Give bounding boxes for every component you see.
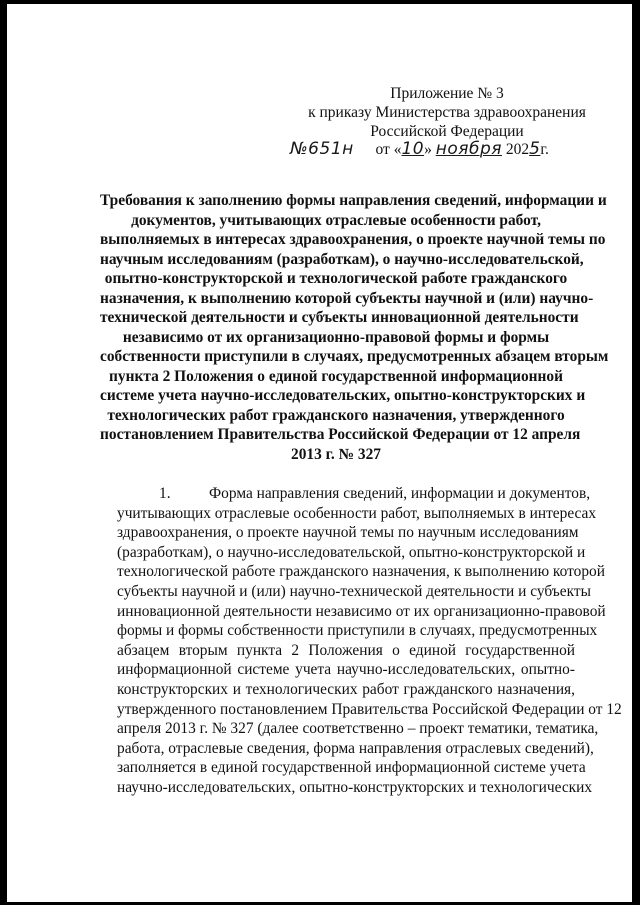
title-line: Требования к заполнению формы направлени… [100,191,572,211]
date-year-prefix: 202 [506,141,529,158]
title-line: независимо от их организационно-правовой… [100,328,572,348]
title-line: научным исследованиям (разработкам), о н… [100,250,572,270]
item-number: 1. [159,484,209,504]
title-line: опытно-конструкторской и технологической… [100,269,572,289]
body-line: субъекты научной и (или) научно-техничес… [117,582,575,602]
body-line: заполняется в единой государственной инф… [117,758,575,778]
body-line: здравоохранения, о проекте научной темы … [117,523,575,543]
document-title: Требования к заполнению формы направлени… [100,191,572,464]
body-line: научно-исследовательских, опытно-констру… [117,778,575,798]
date-close-quote: » [424,141,432,158]
title-line: системе учета научно-исследовательских, … [100,386,572,406]
body-line: инновационной деятельности независимо от… [117,602,575,622]
body-line: (разработкам), о научно-исследовательско… [117,543,575,563]
title-line: назначения, к выполнению которой субъект… [100,289,572,309]
date-day-handwritten: 10 [401,139,424,159]
body-line: абзацем вторым пункта 2 Положения о един… [117,641,575,661]
body-line: формы и формы собственности приступили в… [117,621,575,641]
date-month-handwritten: ноября [436,139,502,159]
body-line: учитывающих отраслевые особенности работ… [117,504,575,524]
title-line: постановлением Правительства Российской … [100,425,572,445]
order-number-handwritten: №651н [290,139,354,159]
paragraph-first-line: 1.Форма направления сведений, информации… [117,484,575,504]
title-line: выполняемых в интересах здравоохранения,… [100,230,572,250]
appendix-label: Приложение № 3 [7,84,640,103]
order-reference-line: к приказу Министерства здравоохранения [7,103,640,122]
title-line: собственности приступили в случаях, пред… [100,347,572,367]
body-line: работа, отраслевые сведения, форма напра… [117,739,575,759]
first-line-text: Форма направления сведений, информации и… [209,484,559,504]
body-line: технологической работе гражданского назн… [117,562,575,582]
title-line: технологических работ гражданского назна… [100,406,572,426]
title-line: технической деятельности и субъекты инно… [100,308,572,328]
title-line: 2013 г. № 327 [100,445,572,465]
date-year-digit-handwritten: 5 [529,139,540,159]
title-line: пункта 2 Положения о единой государствен… [100,367,572,387]
paragraph-1: 1.Форма направления сведений, информации… [117,484,575,798]
title-line: документов, учитывающих отраслевые особе… [100,211,572,231]
body-line: информационной системе учета научно-иссл… [117,660,575,680]
body-line: утвержденного постановлением Правительст… [117,700,575,720]
body-line: апреля 2013 г. № 327 (далее соответствен… [117,719,575,739]
date-suffix: г. [540,141,548,158]
order-date-line: №651н от «10» ноября 2025г. [290,138,549,161]
body-line: конструкторских и технологических работ … [117,680,575,700]
document-page: Приложение № 3 к приказу Министерства зд… [7,4,632,902]
date-prefix: от « [376,141,402,158]
